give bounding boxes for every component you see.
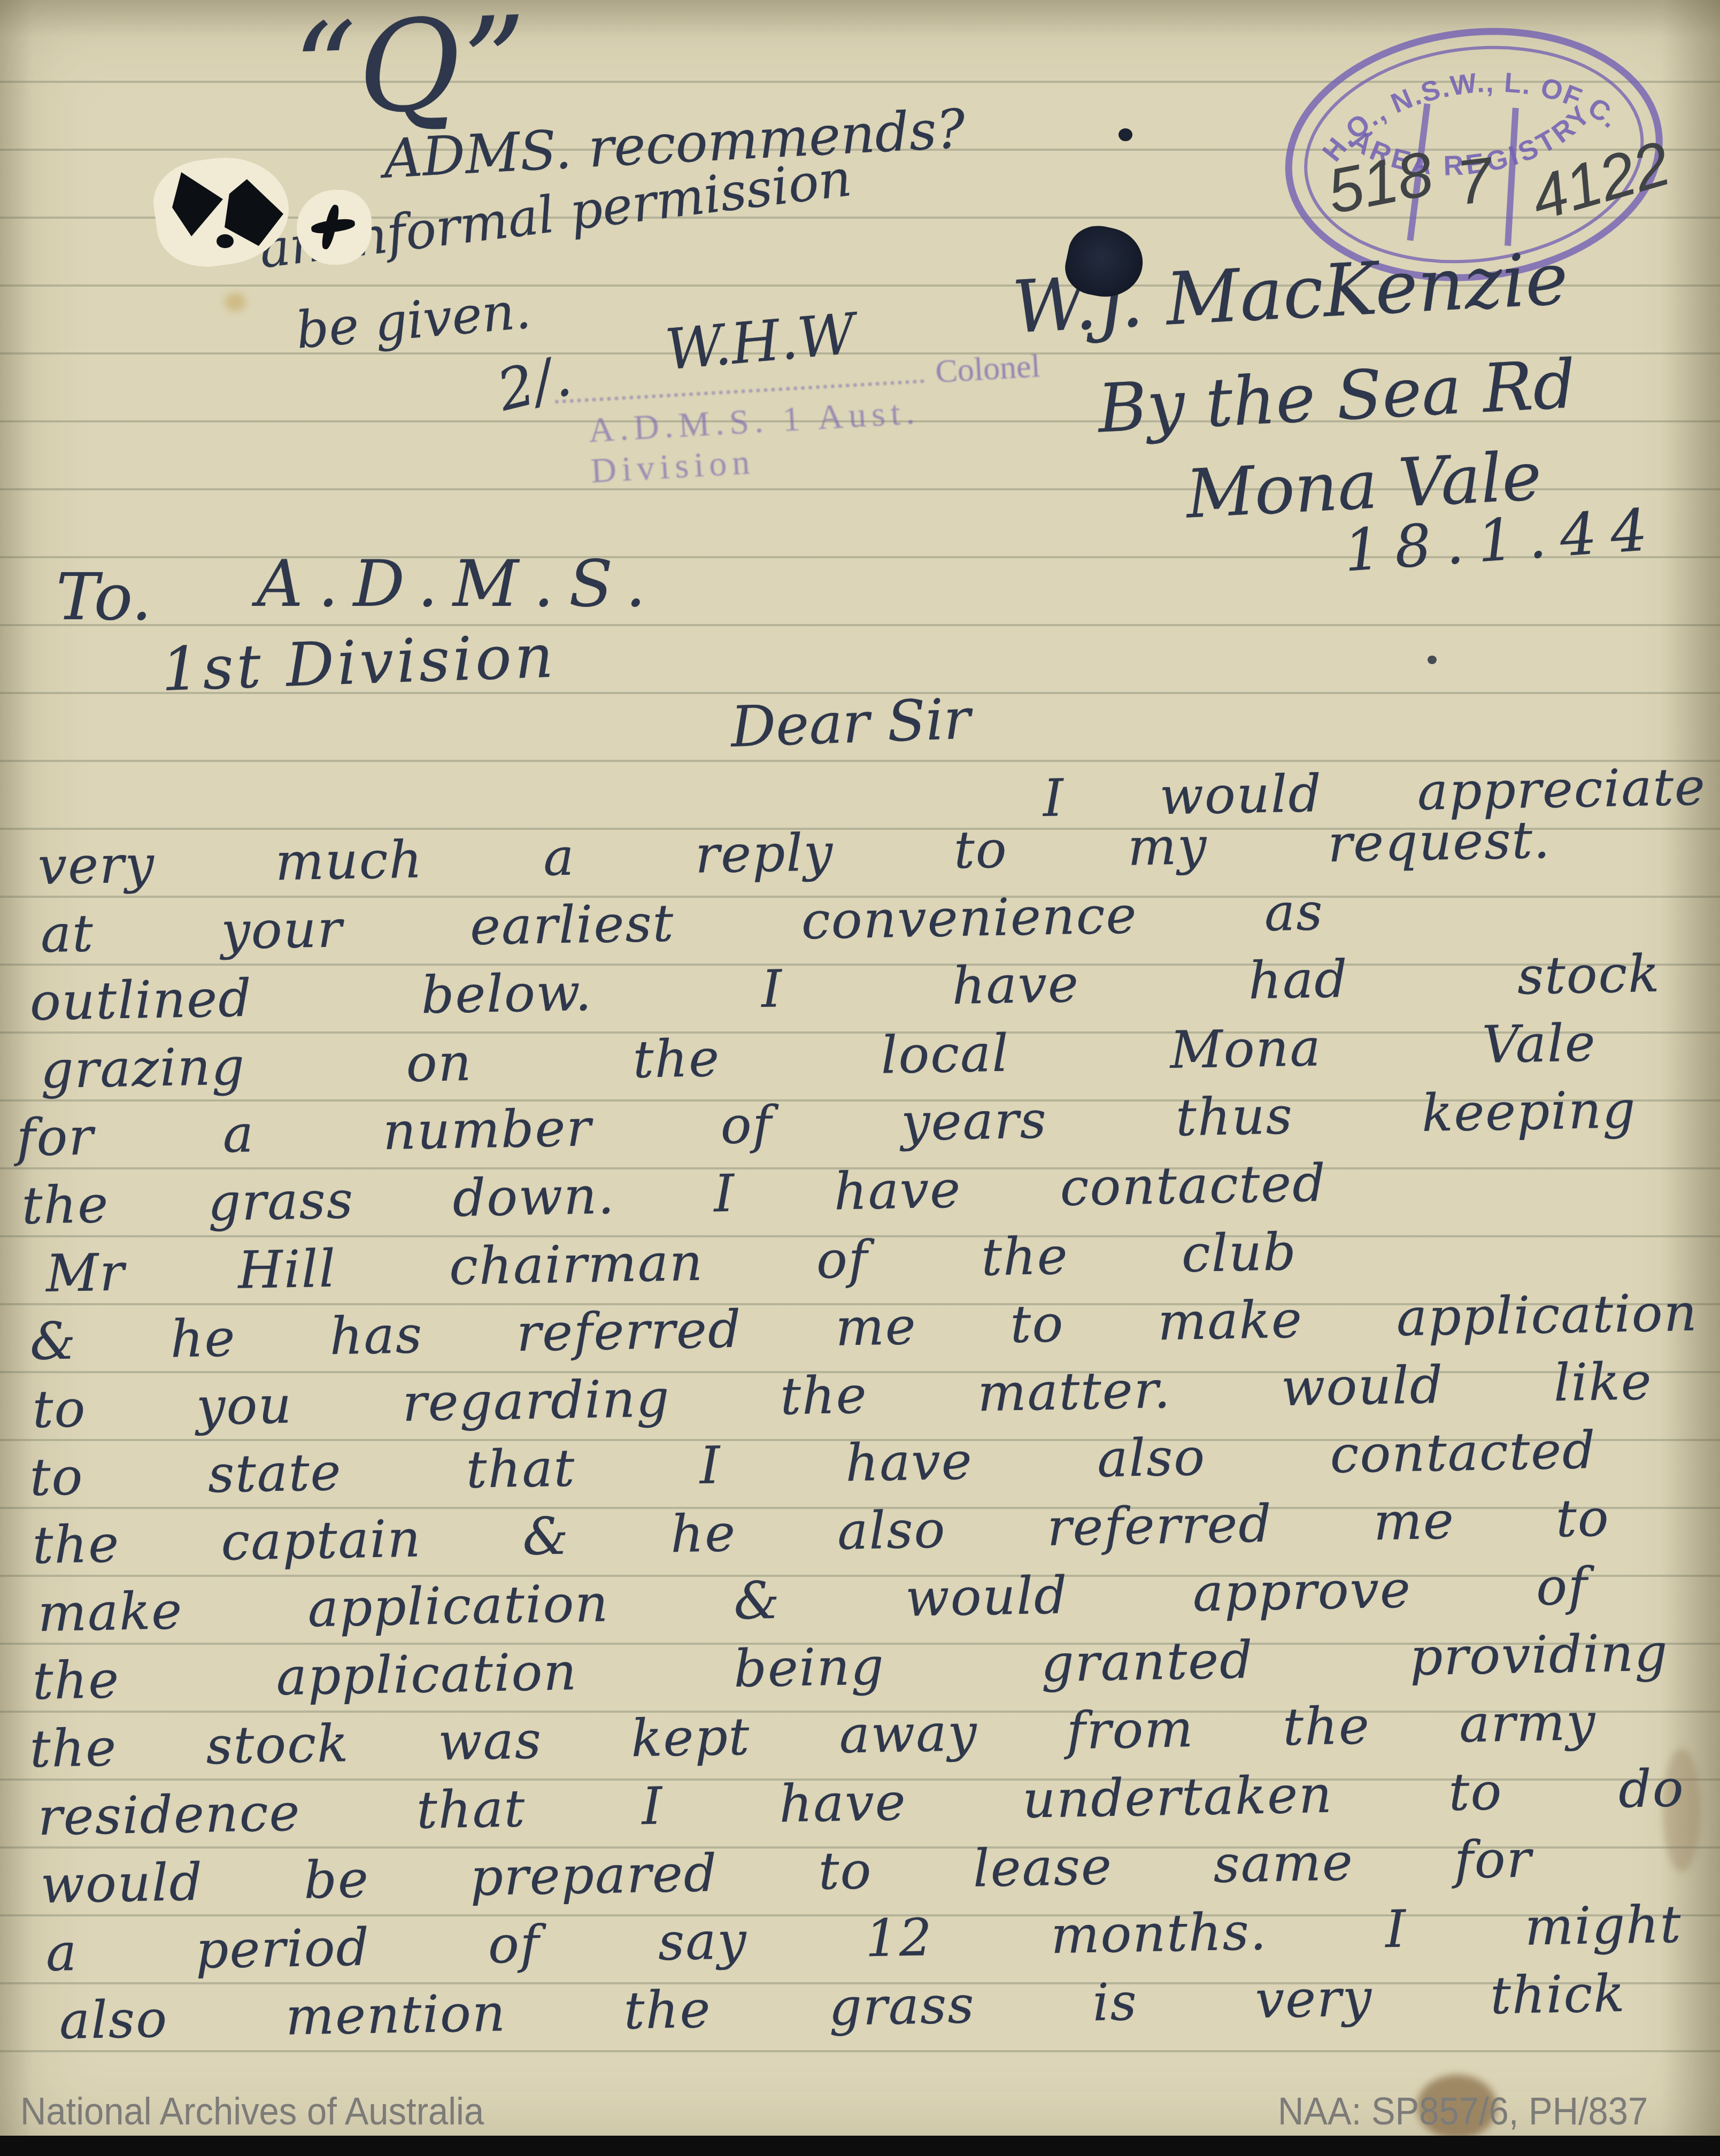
ink-dot xyxy=(1119,128,1132,141)
to-prefix: To. xyxy=(56,564,152,632)
to-unit: 1st Division xyxy=(160,625,558,702)
scan-edge-shadow-left xyxy=(0,0,32,2156)
to-addressee: A.D.M.S. xyxy=(257,551,661,618)
rank-label: Colonel xyxy=(935,347,1042,391)
q-classification-mark: “Q” xyxy=(291,0,530,137)
ink-speck xyxy=(217,234,234,248)
approver-initials: W.H.W xyxy=(663,304,858,380)
date-initial-mark: 2/. xyxy=(492,346,576,421)
archive-watermark-left: National Archives of Australia xyxy=(20,2090,484,2134)
paper-stain xyxy=(225,293,246,311)
salutation: Dear Sir xyxy=(730,689,971,757)
scanned-letter-page: H.Q., N.S.W., L. OF C. AREA REGISTRY 518… xyxy=(0,0,1720,2156)
scanner-background-strip xyxy=(0,2136,1720,2156)
archive-reference-right: NAA: SP857/6, PH/837 xyxy=(1278,2090,1648,2134)
ink-dot xyxy=(1428,656,1437,664)
